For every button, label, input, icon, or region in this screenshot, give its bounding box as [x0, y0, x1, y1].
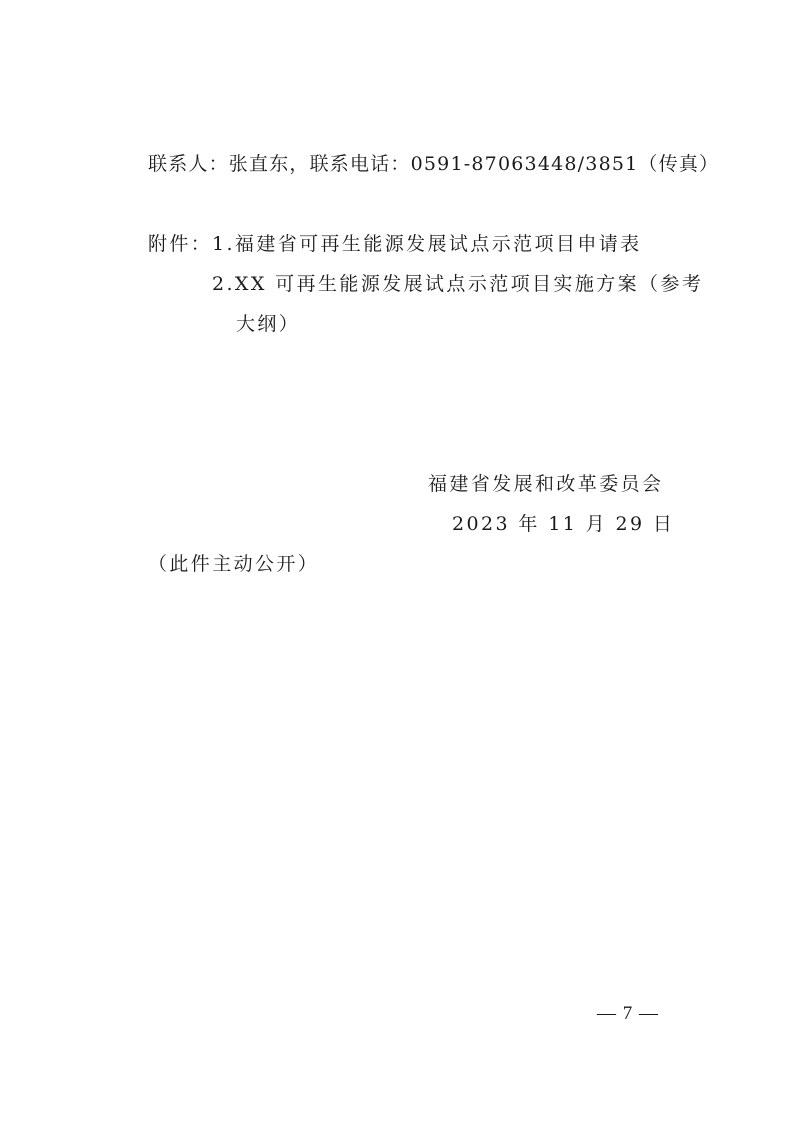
attachment-item-2-continuation: 大纲） [236, 312, 300, 336]
contact-line: 联系人：张直东，联系电话：0591-87063448/3851（传真） [148, 152, 719, 176]
attachment-item-1: 1.福建省可再生能源发展试点示范项目申请表 [212, 232, 642, 256]
attachment-item-2: 2.XX 可再生能源发展试点示范项目实施方案（参考 [212, 272, 703, 296]
disclosure-note: （此件主动公开） [148, 552, 319, 576]
issuing-organization: 福建省发展和改革委员会 [428, 472, 663, 496]
attachments-label: 附件： [148, 232, 212, 256]
page-number: — 7 — [597, 1002, 659, 1026]
issue-date: 2023 年 11 月 29 日 [452, 512, 674, 536]
